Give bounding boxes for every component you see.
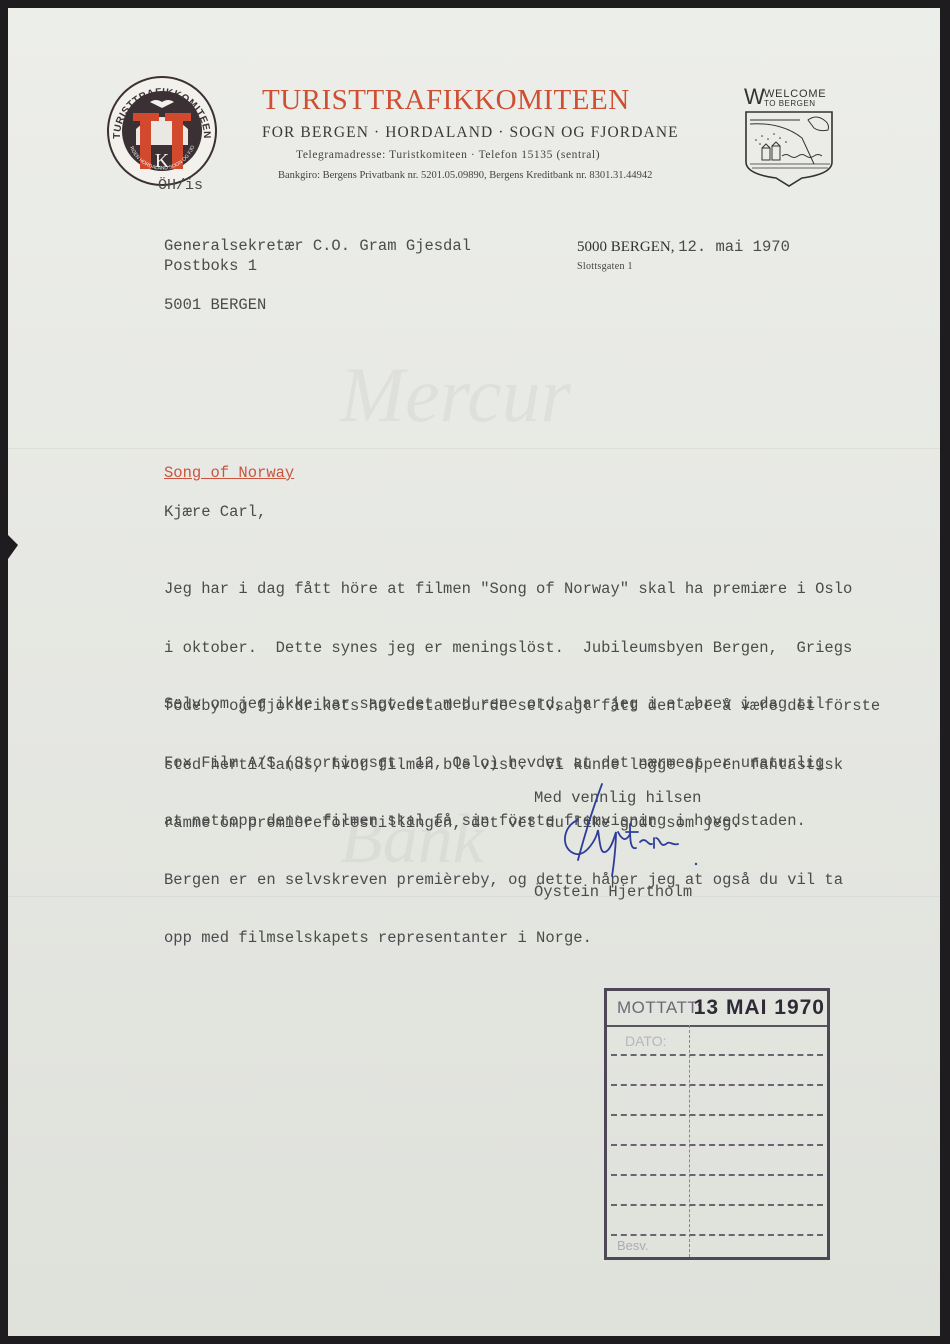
stamp-row-line [611,1114,823,1116]
subject-line: Song of Norway [164,464,294,482]
stamp-row-line [611,1174,823,1176]
body-paragraph-2: Selv om jeg ikke har sagt det med rene o… [164,656,864,968]
sender-city: 5000 BERGEN, [577,239,675,255]
stamp-dato-label: DATO: [625,1033,667,1049]
body-line: at nettopp denne filmen skal få sin förs… [164,812,864,832]
sender-place-date: 5000 BERGEN, 12. mai 1970 [577,238,790,256]
greeting: Kjære Carl, [164,503,266,521]
letterhead-bank-line: Bankgiro: Bergens Privatbank nr. 5201.05… [278,170,652,181]
letterhead-subtitle: FOR BERGEN · HORDALAND · SOGN OG FJORDAN… [262,124,679,142]
stamp-row-line [611,1084,823,1086]
svg-text:W: W [744,84,765,109]
stamp-bottom-label: Besv. [617,1238,649,1253]
recipient-name: Generalsekretær C.O. Gram Gjesdal [164,236,471,256]
stamp-column-divider [689,1025,690,1257]
recipient-city: 5001 BERGEN [164,295,471,315]
paper-watermark: Mercur [340,350,571,440]
letter-date: 12. mai 1970 [678,238,790,256]
signer-name: Öystein Hjertholm [534,883,692,901]
body-line: Bergen er en selvskreven premièreby, og … [164,871,864,891]
welcome-to-bergen-crest-icon: W WELCOME TO BERGEN [742,84,836,188]
stamp-row-line [611,1054,823,1056]
reference-initials: ÖH/is [158,177,203,194]
body-line: opp med filmselskapets representanter i … [164,929,864,949]
received-stamp: MOTTATT: 13 MAI 1970 DATO: Besv. [604,988,830,1260]
stamp-row-line [611,1144,823,1146]
stamp-received-date: 13 MAI 1970 [694,996,825,1020]
stamp-header: MOTTATT: 13 MAI 1970 [607,991,827,1027]
body-line: Fox Film A/S (Stortingsgt. 12, Oslo) hev… [164,754,864,774]
stamp-received-label: MOTTATT: [617,998,702,1018]
fold-line [8,448,940,449]
stamp-row-line [611,1234,823,1236]
turisttrafikkomiteen-tk-emblem-icon: K TURISTTRAFIKKOMITEEN FOR BERGEN HORDAL… [106,75,218,187]
letterhead-title: TURISTTRAFIKKOMITEEN [262,84,630,117]
body-line: Selv om jeg ikke har sagt det med rene o… [164,695,864,715]
recipient-address: Generalsekretær C.O. Gram Gjesdal Postbo… [164,236,471,315]
page-tear-notch [8,535,18,559]
sender-street: Slottsgaten 1 [577,261,633,272]
recipient-postbox: Postboks 1 [164,256,471,276]
stamp-row-line [611,1204,823,1206]
body-line: Jeg har i dag fått höre at filmen "Song … [164,580,864,600]
letterhead-telegram-line: Telegramadresse: Turistkomiteen · Telefo… [296,149,600,161]
handwritten-signature-icon [556,780,706,880]
svg-text:TO BERGEN: TO BERGEN [764,99,815,108]
